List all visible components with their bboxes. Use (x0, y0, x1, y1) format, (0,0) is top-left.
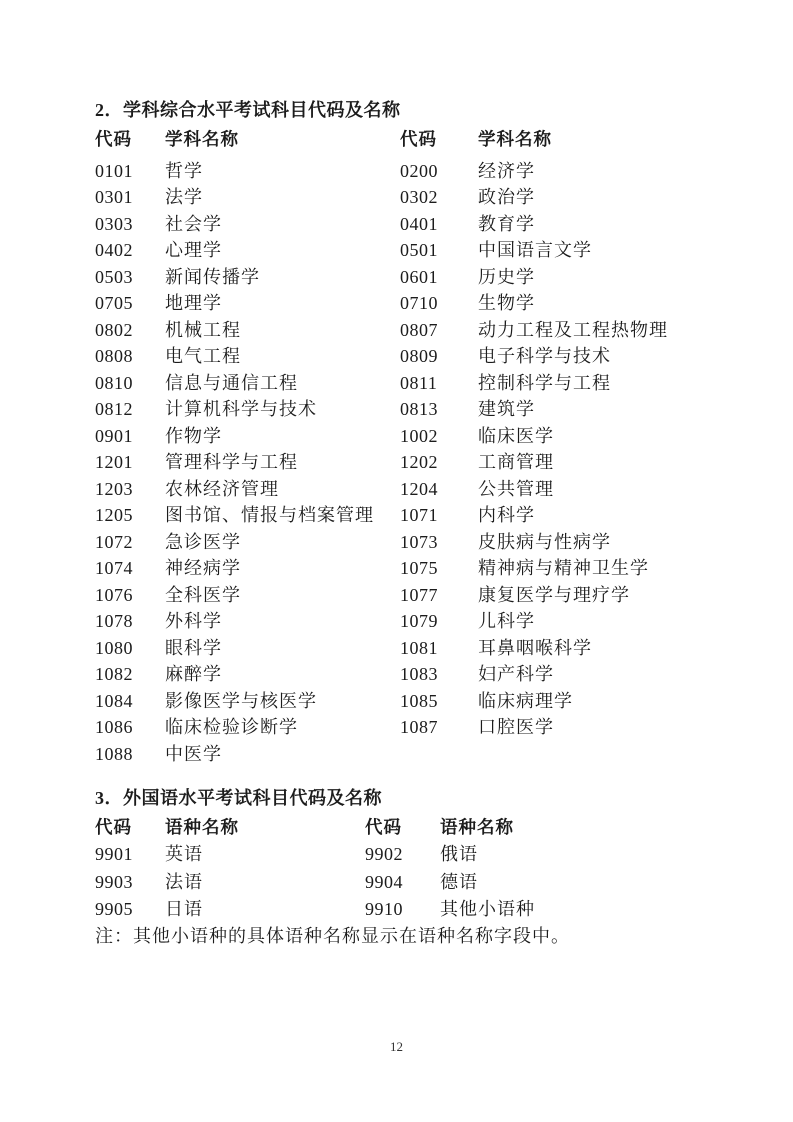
name-cell-right: 内科学 (478, 502, 668, 529)
code-cell-left: 0301 (95, 184, 165, 211)
code-cell-right: 1202 (400, 449, 478, 476)
code-cell-right: 0302 (400, 184, 478, 211)
code-cell-right: 1075 (400, 555, 478, 582)
name-cell-right: 教育学 (478, 211, 668, 238)
name-cell-left: 日语 (165, 896, 365, 924)
code-cell-right: 0809 (400, 343, 478, 370)
name-cell-left: 哲学 (165, 158, 400, 185)
code-cell-right: 1087 (400, 714, 478, 741)
section3-header-code-right: 代码 (365, 816, 440, 838)
name-cell-right: 经济学 (478, 158, 668, 185)
code-cell-right: 9902 (365, 841, 440, 869)
code-cell-left: 0402 (95, 237, 165, 264)
name-cell-left: 管理科学与工程 (165, 449, 400, 476)
code-cell-left: 1088 (95, 741, 165, 768)
name-cell-right: 儿科学 (478, 608, 668, 635)
name-cell-left: 神经病学 (165, 555, 400, 582)
name-cell-right: 妇产科学 (478, 661, 668, 688)
name-cell-right: 口腔医学 (478, 714, 668, 741)
code-cell-left: 0802 (95, 317, 165, 344)
table-row: 0503 新闻传播学 0601 历史学 (95, 264, 668, 291)
code-cell-left: 1082 (95, 661, 165, 688)
code-cell-right: 0200 (400, 158, 478, 185)
name-cell-left: 中医学 (165, 741, 400, 768)
name-cell-left: 图书馆、情报与档案管理 (165, 502, 400, 529)
code-cell-left: 0503 (95, 264, 165, 291)
code-cell-left: 0810 (95, 370, 165, 397)
code-cell-left: 1203 (95, 476, 165, 503)
table-row: 1084 影像医学与核医学 1085 临床病理学 (95, 688, 668, 715)
table-row: 1074 神经病学 1075 精神病与精神卫生学 (95, 555, 668, 582)
name-cell-left: 外科学 (165, 608, 400, 635)
section3-title: 3．外国语水平考试科目代码及名称 (95, 787, 382, 809)
name-cell-left: 麻醉学 (165, 661, 400, 688)
table-row: 1076 全科医学 1077 康复医学与理疗学 (95, 582, 668, 609)
code-cell-right: 0710 (400, 290, 478, 317)
code-cell-left: 1074 (95, 555, 165, 582)
page-number: 12 (0, 1039, 793, 1055)
name-cell-left: 法学 (165, 184, 400, 211)
code-cell-left: 0101 (95, 158, 165, 185)
name-cell-right: 耳鼻咽喉科学 (478, 635, 668, 662)
name-cell-right: 俄语 (440, 841, 535, 869)
name-cell-left: 眼科学 (165, 635, 400, 662)
code-cell-right: 1071 (400, 502, 478, 529)
section2-header-code-right: 代码 (400, 128, 478, 150)
section3-header-name-left: 语种名称 (165, 816, 365, 838)
name-cell-left: 影像医学与核医学 (165, 688, 400, 715)
table-row: 1205 图书馆、情报与档案管理 1071 内科学 (95, 502, 668, 529)
code-cell-left: 0303 (95, 211, 165, 238)
section2-column-headers: 代码 学科名称 代码 学科名称 (95, 128, 552, 150)
code-cell-right: 1073 (400, 529, 478, 556)
section3-header-code-left: 代码 (95, 816, 165, 838)
table-row: 0303 社会学 0401 教育学 (95, 211, 668, 238)
name-cell-right: 建筑学 (478, 396, 668, 423)
code-cell-right: 1204 (400, 476, 478, 503)
code-cell-right (400, 741, 478, 768)
code-cell-left: 9903 (95, 869, 165, 897)
name-cell-left: 计算机科学与技术 (165, 396, 400, 423)
name-cell-right: 德语 (440, 869, 535, 897)
name-cell-right: 康复医学与理疗学 (478, 582, 668, 609)
table-row: 0802 机械工程 0807 动力工程及工程热物理 (95, 317, 668, 344)
name-cell-right: 动力工程及工程热物理 (478, 317, 668, 344)
table-row: 0301 法学 0302 政治学 (95, 184, 668, 211)
code-cell-left: 9905 (95, 896, 165, 924)
name-cell-left: 信息与通信工程 (165, 370, 400, 397)
name-cell-right (478, 741, 668, 768)
code-cell-right: 0501 (400, 237, 478, 264)
name-cell-left: 机械工程 (165, 317, 400, 344)
name-cell-right: 电子科学与技术 (478, 343, 668, 370)
code-cell-left: 9901 (95, 841, 165, 869)
name-cell-left: 法语 (165, 869, 365, 897)
name-cell-right: 中国语言文学 (478, 237, 668, 264)
code-cell-right: 1083 (400, 661, 478, 688)
name-cell-right: 政治学 (478, 184, 668, 211)
name-cell-left: 地理学 (165, 290, 400, 317)
name-cell-right: 控制科学与工程 (478, 370, 668, 397)
name-cell-left: 电气工程 (165, 343, 400, 370)
name-cell-right: 皮肤病与性病学 (478, 529, 668, 556)
table-row: 0705 地理学 0710 生物学 (95, 290, 668, 317)
name-cell-left: 作物学 (165, 423, 400, 450)
section2-table: 0101 哲学 0200 经济学 0301 法学 0302 政治学 0303 社… (95, 158, 668, 768)
name-cell-left: 全科医学 (165, 582, 400, 609)
section3-header-name-right: 语种名称 (440, 816, 514, 838)
table-row: 1088 中医学 (95, 741, 668, 768)
table-row: 1082 麻醉学 1083 妇产科学 (95, 661, 668, 688)
section3-table: 9901 英语 9902 俄语 9903 法语 9904 德语 9905 日语 … (95, 841, 535, 924)
name-cell-left: 新闻传播学 (165, 264, 400, 291)
table-row: 1086 临床检验诊断学 1087 口腔医学 (95, 714, 668, 741)
table-row: 0808 电气工程 0809 电子科学与技术 (95, 343, 668, 370)
table-row: 1072 急诊医学 1073 皮肤病与性病学 (95, 529, 668, 556)
table-row: 1203 农林经济管理 1204 公共管理 (95, 476, 668, 503)
name-cell-right: 工商管理 (478, 449, 668, 476)
table-row: 9901 英语 9902 俄语 (95, 841, 535, 869)
section2-header-name-left: 学科名称 (165, 128, 400, 150)
code-cell-right: 1079 (400, 608, 478, 635)
table-row: 1080 眼科学 1081 耳鼻咽喉科学 (95, 635, 668, 662)
name-cell-left: 社会学 (165, 211, 400, 238)
code-cell-right: 0811 (400, 370, 478, 397)
document-page: 2．学科综合水平考试科目代码及名称 代码 学科名称 代码 学科名称 0101 哲… (0, 0, 793, 1122)
code-cell-right: 9910 (365, 896, 440, 924)
code-cell-left: 0901 (95, 423, 165, 450)
section2-title: 2．学科综合水平考试科目代码及名称 (95, 99, 401, 121)
code-cell-right: 1085 (400, 688, 478, 715)
table-row: 0402 心理学 0501 中国语言文学 (95, 237, 668, 264)
code-cell-right: 1002 (400, 423, 478, 450)
code-cell-left: 1080 (95, 635, 165, 662)
table-row: 0812 计算机科学与技术 0813 建筑学 (95, 396, 668, 423)
code-cell-right: 1077 (400, 582, 478, 609)
code-cell-right: 0401 (400, 211, 478, 238)
code-cell-left: 1086 (95, 714, 165, 741)
code-cell-right: 0601 (400, 264, 478, 291)
name-cell-right: 临床医学 (478, 423, 668, 450)
code-cell-right: 0813 (400, 396, 478, 423)
name-cell-right: 公共管理 (478, 476, 668, 503)
section3-column-headers: 代码 语种名称 代码 语种名称 (95, 816, 514, 838)
name-cell-right: 历史学 (478, 264, 668, 291)
section2-header-code-left: 代码 (95, 128, 165, 150)
name-cell-left: 农林经济管理 (165, 476, 400, 503)
table-row: 9903 法语 9904 德语 (95, 869, 535, 897)
name-cell-left: 心理学 (165, 237, 400, 264)
table-row: 1078 外科学 1079 儿科学 (95, 608, 668, 635)
code-cell-left: 1076 (95, 582, 165, 609)
code-cell-left: 0812 (95, 396, 165, 423)
code-cell-left: 0808 (95, 343, 165, 370)
name-cell-right: 临床病理学 (478, 688, 668, 715)
footnote: 注：其他小语种的具体语种名称显示在语种名称字段中。 (95, 923, 570, 951)
code-cell-left: 1205 (95, 502, 165, 529)
code-cell-left: 1072 (95, 529, 165, 556)
code-cell-left: 1078 (95, 608, 165, 635)
table-row: 0810 信息与通信工程 0811 控制科学与工程 (95, 370, 668, 397)
name-cell-right: 其他小语种 (440, 896, 535, 924)
code-cell-left: 0705 (95, 290, 165, 317)
table-row: 0901 作物学 1002 临床医学 (95, 423, 668, 450)
name-cell-right: 精神病与精神卫生学 (478, 555, 668, 582)
table-row: 0101 哲学 0200 经济学 (95, 158, 668, 185)
name-cell-left: 临床检验诊断学 (165, 714, 400, 741)
code-cell-left: 1201 (95, 449, 165, 476)
name-cell-left: 英语 (165, 841, 365, 869)
section2-header-name-right: 学科名称 (478, 128, 552, 150)
table-row: 9905 日语 9910 其他小语种 (95, 896, 535, 924)
table-row: 1201 管理科学与工程 1202 工商管理 (95, 449, 668, 476)
code-cell-right: 0807 (400, 317, 478, 344)
code-cell-right: 9904 (365, 869, 440, 897)
name-cell-right: 生物学 (478, 290, 668, 317)
code-cell-right: 1081 (400, 635, 478, 662)
code-cell-left: 1084 (95, 688, 165, 715)
name-cell-left: 急诊医学 (165, 529, 400, 556)
